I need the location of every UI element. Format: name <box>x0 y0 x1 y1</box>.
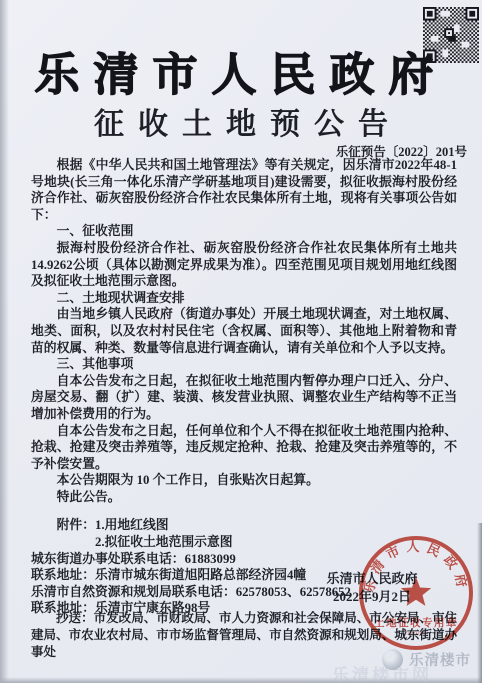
attachments-line-1: 附件：1.用地红线图 <box>31 517 457 534</box>
survey-paragraph: 由当地乡镇人民政府（街道办事处）开展土地现状调查，对土地权属、地类、面积，以及农… <box>31 306 457 356</box>
page-subtitle: 征收土地预公告 <box>0 99 482 143</box>
notice-period-line: 本公告期限为 10 个工作日，自张贴次日起算。 <box>31 472 457 489</box>
issuer-name: 乐清市人民政府 <box>288 570 456 588</box>
scope-paragraph: 振海村股份经济合作社、砺灰窑股份经济合作社农民集体所有土地共14.9262公顷（… <box>31 240 457 290</box>
document-body: 根据《中华人民共和国土地管理法》等有关规定，因乐清市2022年48-1号地块(长… <box>31 157 457 617</box>
attachment-item-2: 2.拟征收土地范围示意图 <box>31 534 457 551</box>
cc-line: 抄送：市发改局、市财政局、市人力资源和社会保障局、市公安局、市住建局、市农业农村… <box>31 610 457 661</box>
section-heading-scope: 一、征收范围 <box>31 223 457 240</box>
other-paragraph-2: 自本公告发布之日起，任何单位和个人不得在拟征收土地范围内抢种、抢栽、抢建及突击养… <box>31 423 457 473</box>
section-heading-survey: 二、土地现状调查安排 <box>31 290 457 307</box>
attachment-item-1: 1.用地红线图 <box>95 518 169 532</box>
attachments-label: 附件： <box>57 518 95 532</box>
page-title: 乐清市人民政府 <box>0 38 468 103</box>
contact-phone-street: 城东街道办事处联系电话：61883099 <box>31 551 457 568</box>
issue-date: 2022年9月2日 <box>288 588 456 606</box>
intro-paragraph: 根据《中华人民共和国土地管理法》等有关规定，因乐清市2022年48-1号地块(长… <box>31 157 457 223</box>
section-heading-other: 三、其他事项 <box>31 356 457 373</box>
other-paragraph-1: 自本公告发布之日起，在拟征收土地范围内暂停办理户口迁入、分户、房屋交易、翻（扩）… <box>31 373 457 423</box>
scanned-notice-page: 乐清市人民政府 征收土地预公告 乐征预告〔2022〕201号 根据《中华人民共和… <box>0 0 482 683</box>
signature-block: 乐清市人民政府 2022年9月2日 <box>288 570 456 605</box>
scan-edge-right <box>477 523 482 683</box>
closing-line: 特此公告。 <box>31 489 457 506</box>
